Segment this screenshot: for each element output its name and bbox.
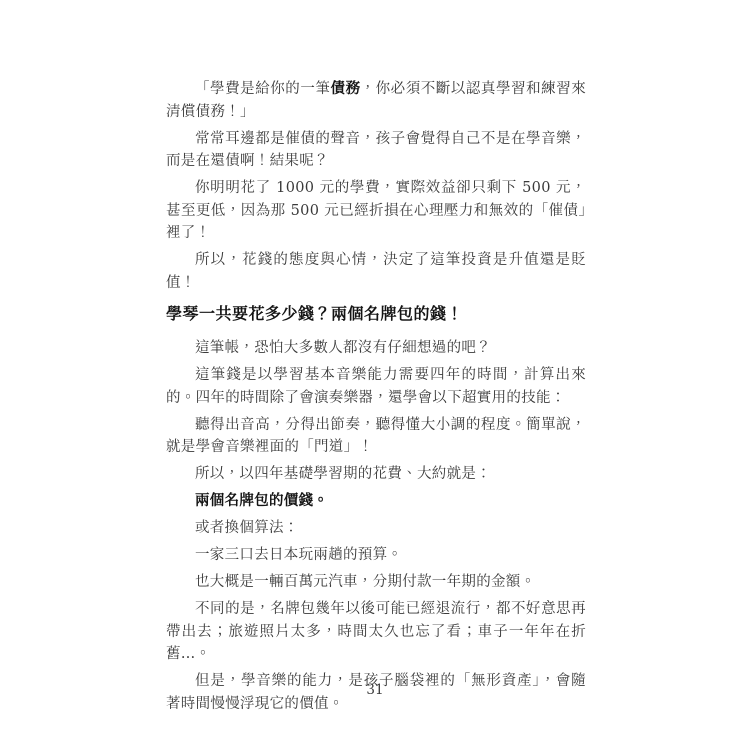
paragraph-four-years: 這筆錢是以學習基本音樂能力需要四年的時間，計算出來的。四年的時間除了會演奏樂器，… xyxy=(166,364,586,409)
paragraph-tuition-debt-pre: 「學費是給你的一筆 xyxy=(195,81,330,97)
paragraph-depreciation: 不同的是，名牌包幾年以後可能已經退流行，都不好意思再帶出去；旅遊照片太多，時間太… xyxy=(166,598,586,666)
paragraph-debt-collect: 常常耳邊都是催債的聲音，孩子會覺得自己不是在學音樂，而是在還債啊！結果呢？ xyxy=(166,128,586,173)
paragraph-tuition-debt: 「學費是給你的一筆債務，你必須不斷以認真學習和練習來清償債務！」 xyxy=(166,78,586,123)
paragraph-nobody-counted: 這筆帳，恐怕大多數人都沒有仔細想過的吧？ xyxy=(166,337,586,360)
paragraph-two-bags-price: 兩個名牌包的價錢。 xyxy=(166,490,586,513)
paragraph-car-installment: 也大概是一輛百萬元汽車，分期付款一年期的金額。 xyxy=(166,571,586,594)
paragraph-attitude: 所以，花錢的態度與心情，決定了這筆投資是升值還是貶值！ xyxy=(166,249,586,294)
paragraph-japan-trips: 一家三口去日本玩兩趟的預算。 xyxy=(166,544,586,567)
paragraph-cost-intro: 所以，以四年基礎學習期的花費、大約就是： xyxy=(166,463,586,486)
paragraph-1000-yuan: 你明明花了 1000 元的學費，實際效益卻只剩下 500 元，甚至更低，因為那 … xyxy=(166,177,586,245)
paragraph-skills: 聽得出音高，分得出節奏，聽得懂大小調的程度。簡單說，就是學會音樂裡面的「門道」！ xyxy=(166,414,586,459)
bold-term-debt: 債務 xyxy=(330,81,360,97)
section-heading: 學琴一共要花多少錢？兩個名牌包的錢！ xyxy=(166,302,586,325)
page-number: 31 xyxy=(0,682,750,698)
page-content: 「學費是給你的一筆債務，你必須不斷以認真學習和練習來清償債務！」 常常耳邊都是催… xyxy=(166,78,586,720)
paragraph-alt-calc: 或者換個算法： xyxy=(166,517,586,540)
book-page: 「學費是給你的一筆債務，你必須不斷以認真學習和練習來清償債務！」 常常耳邊都是催… xyxy=(0,0,750,750)
